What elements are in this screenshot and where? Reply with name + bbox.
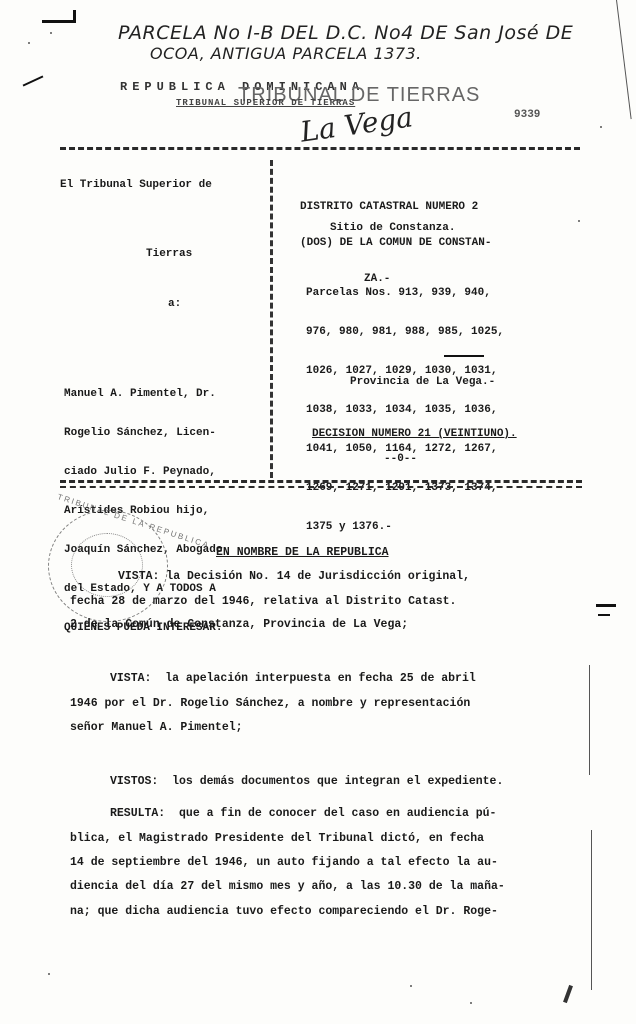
page-edge-line bbox=[616, 0, 632, 119]
party-line: Manuel A. Pimentel, Dr. bbox=[64, 388, 222, 401]
district-line: DISTRITO CATASTRAL NUMERO 2 bbox=[300, 201, 491, 213]
scan-speck bbox=[600, 126, 602, 128]
scanned-document-page: PARCELA No I-B DEL D.C. No4 DE San José … bbox=[0, 0, 636, 1024]
decision-separator: --0-- bbox=[384, 453, 417, 465]
margin-bracket-mark bbox=[42, 20, 76, 23]
handwritten-annotation-line-1: PARCELA No I-B DEL D.C. No4 DE San José … bbox=[118, 22, 573, 44]
body-heading: EN NOMBRE DE LA REPUBLICA bbox=[216, 546, 389, 559]
parcels-line: 1375 y 1376.- bbox=[306, 521, 504, 534]
addressed-to-label: a: bbox=[168, 298, 181, 311]
body-line: 1946 por el Dr. Rogelio Sánchez, a nombr… bbox=[70, 697, 470, 710]
parcels-line: 1269, 1271, 1291, 1373, 1374, bbox=[306, 482, 504, 495]
tribunal-line: TRIBUNAL SUPERIOR DE TIERRAS bbox=[176, 98, 355, 108]
corner-mark bbox=[563, 985, 573, 1003]
court-seal-inner-ring bbox=[71, 533, 143, 597]
body-line: VISTA: la apelación interpuesta en fecha… bbox=[110, 672, 476, 685]
scan-speck bbox=[50, 32, 52, 34]
page-edge-line bbox=[589, 665, 590, 775]
scan-speck bbox=[48, 973, 50, 975]
body-line: señor Manuel A. Pimentel; bbox=[70, 721, 243, 734]
document-number: 9339 bbox=[514, 109, 540, 121]
parcels-line: 1038, 1033, 1034, 1035, 1036, bbox=[306, 404, 504, 417]
scan-speck bbox=[578, 220, 580, 222]
parcels-line: 976, 980, 981, 988, 985, 1025, bbox=[306, 326, 504, 339]
body-line: RESULTA: que a fin de conocer del caso e… bbox=[110, 807, 496, 820]
party-line: Rogelio Sánchez, Licen- bbox=[64, 427, 222, 440]
margin-dash-mark bbox=[596, 604, 616, 607]
margin-dash-mark bbox=[23, 75, 44, 86]
separator-rule-bottom-2 bbox=[60, 486, 582, 488]
province-line: Provincia de La Vega.- bbox=[350, 376, 495, 388]
handwritten-annotation-line-2: OCOA, ANTIGUA PARCELA 1373. bbox=[150, 44, 422, 63]
body-line: na; que dicha audiencia tuvo efecto comp… bbox=[70, 905, 498, 918]
column-divider bbox=[270, 160, 273, 478]
body-line: blica, el Magistrado Presidente del Trib… bbox=[70, 832, 484, 845]
district-line: (DOS) DE LA COMUN DE CONSTAN- bbox=[300, 237, 491, 249]
parcels-block: Parcelas Nos. 913, 939, 940, 976, 980, 9… bbox=[306, 261, 504, 560]
separator-rule-top bbox=[60, 147, 580, 150]
court-name-line-2: Tierras bbox=[146, 248, 192, 261]
sitio-line: Sitio de Constanza. bbox=[330, 222, 455, 234]
margin-dash-mark bbox=[598, 614, 610, 616]
body-line: 2 de la Común de Constanza, Provincia de… bbox=[70, 618, 408, 631]
body-line: diencia del día 27 del mismo mes y año, … bbox=[70, 880, 505, 893]
page-edge-line bbox=[591, 830, 592, 990]
body-line: VISTA: la Decisión No. 14 de Jurisdicció… bbox=[118, 570, 470, 583]
body-line: VISTOS: los demás documentos que integra… bbox=[110, 775, 503, 788]
scan-speck bbox=[28, 42, 30, 44]
decision-title: DECISION NUMERO 21 (VEINTIUNO). bbox=[312, 428, 517, 440]
body-line: 14 de septiembre del 1946, un auto fijan… bbox=[70, 856, 498, 869]
separator-rule-bottom bbox=[60, 480, 582, 483]
scan-speck bbox=[410, 985, 412, 987]
scan-speck bbox=[470, 1002, 472, 1004]
parcels-line: Parcelas Nos. 913, 939, 940, bbox=[306, 287, 504, 300]
parcel-underline bbox=[444, 355, 484, 357]
margin-bracket-mark bbox=[73, 10, 76, 22]
body-line: fecha 28 de marzo del 1946, relativa al … bbox=[70, 595, 456, 608]
court-name-line-1: El Tribunal Superior de bbox=[60, 179, 212, 192]
party-line: ciado Julio F. Peynado, bbox=[64, 466, 222, 479]
